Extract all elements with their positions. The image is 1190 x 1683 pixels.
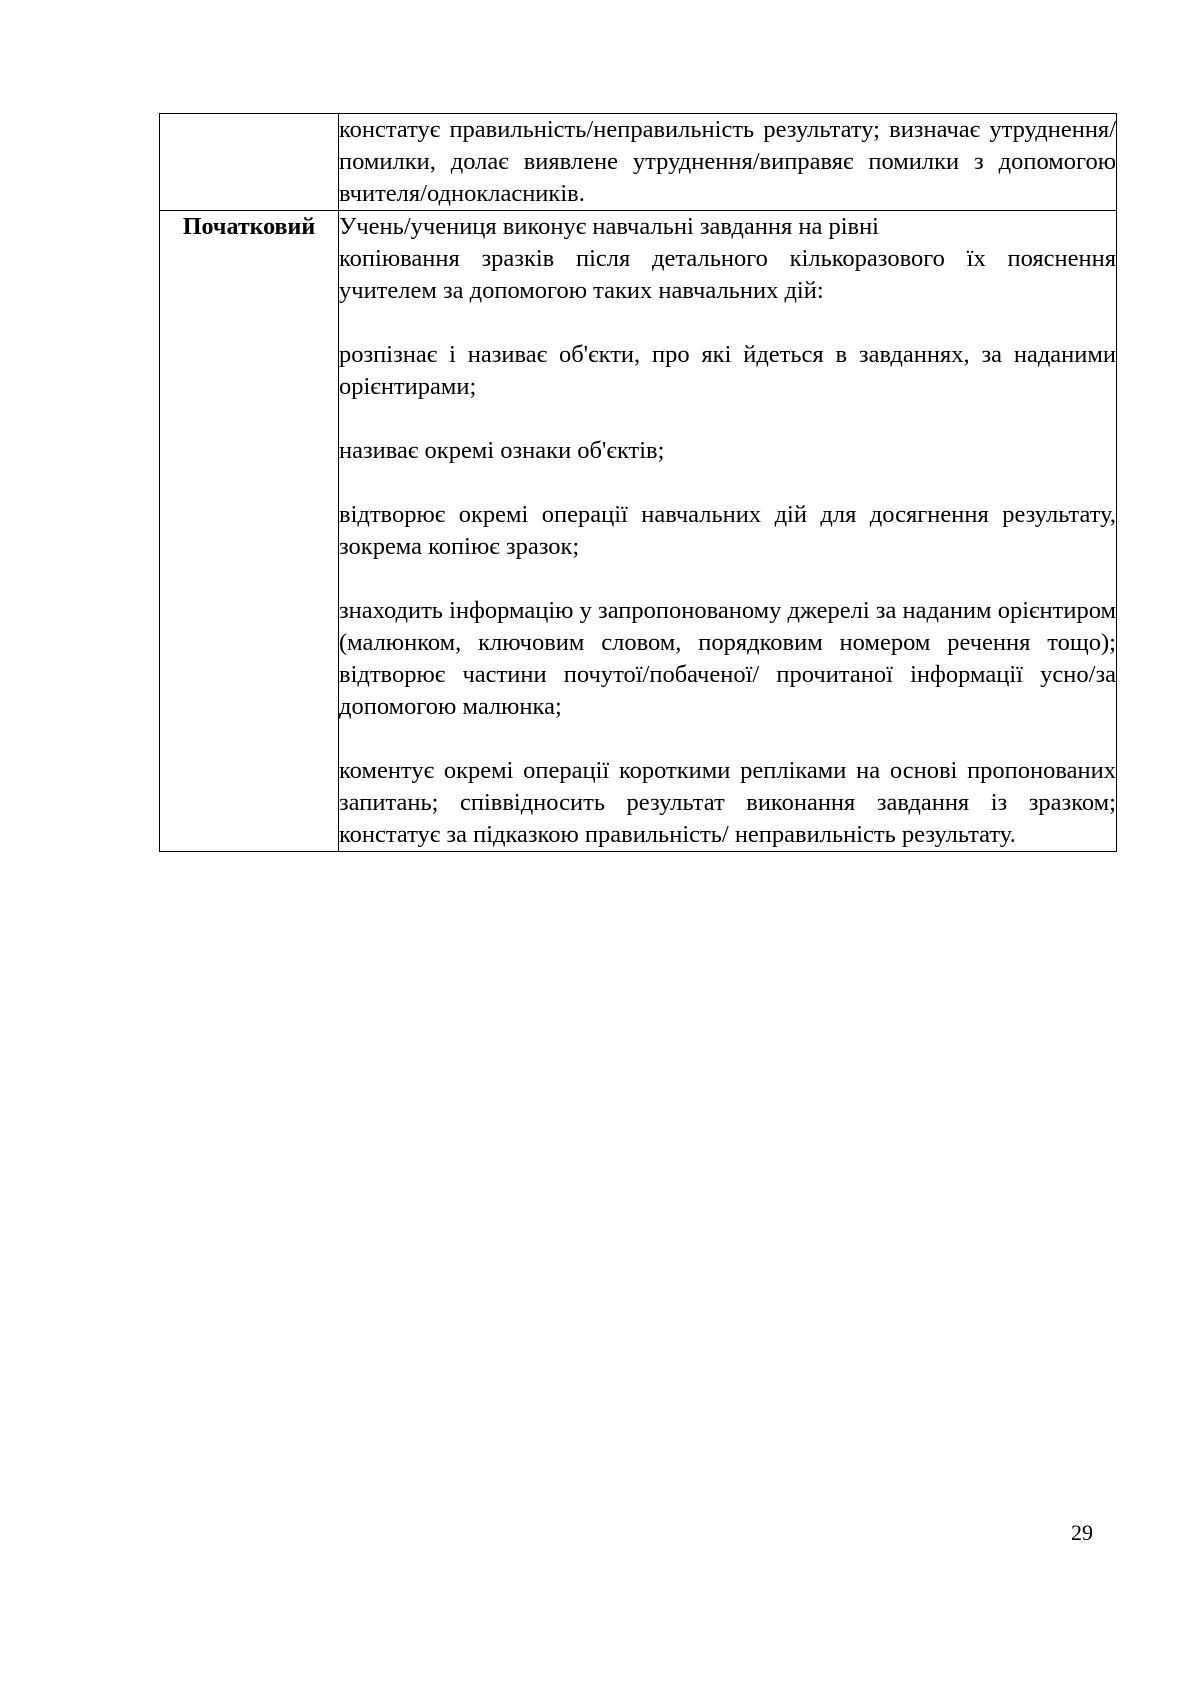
table-row: констатує правильність/неправильність ре… — [160, 114, 1117, 211]
level-cell: Початковий — [160, 211, 339, 852]
description-paragraph: знаходить інформацію у запропонованому д… — [339, 595, 1116, 723]
description-cell: Учень/учениця виконує навчальні завдання… — [339, 211, 1117, 852]
description-paragraph: розпізнає і називає об'єкти, про які йде… — [339, 339, 1116, 403]
table-row: Початковий Учень/учениця виконує навчаль… — [160, 211, 1117, 852]
intro-first-line: Учень/учениця виконує навчальні завдання… — [339, 211, 1116, 243]
intro-paragraph: Учень/учениця виконує навчальні завдання… — [339, 211, 1116, 307]
description-paragraph: коментує окремі операції короткими реплі… — [339, 755, 1116, 851]
description-paragraph: констатує правильність/неправильність ре… — [339, 114, 1116, 210]
description-paragraph: відтворює окремі операції навчальних дій… — [339, 499, 1116, 563]
description-paragraph: називає окремі ознаки об'єктів; — [339, 435, 1116, 467]
criteria-table: констатує правильність/неправильність ре… — [159, 113, 1117, 852]
description-paragraph: копіювання зразків після детального кіль… — [339, 243, 1116, 307]
description-cell: констатує правильність/неправильність ре… — [339, 114, 1117, 211]
page-number: 29 — [1071, 1520, 1093, 1546]
level-cell — [160, 114, 339, 211]
